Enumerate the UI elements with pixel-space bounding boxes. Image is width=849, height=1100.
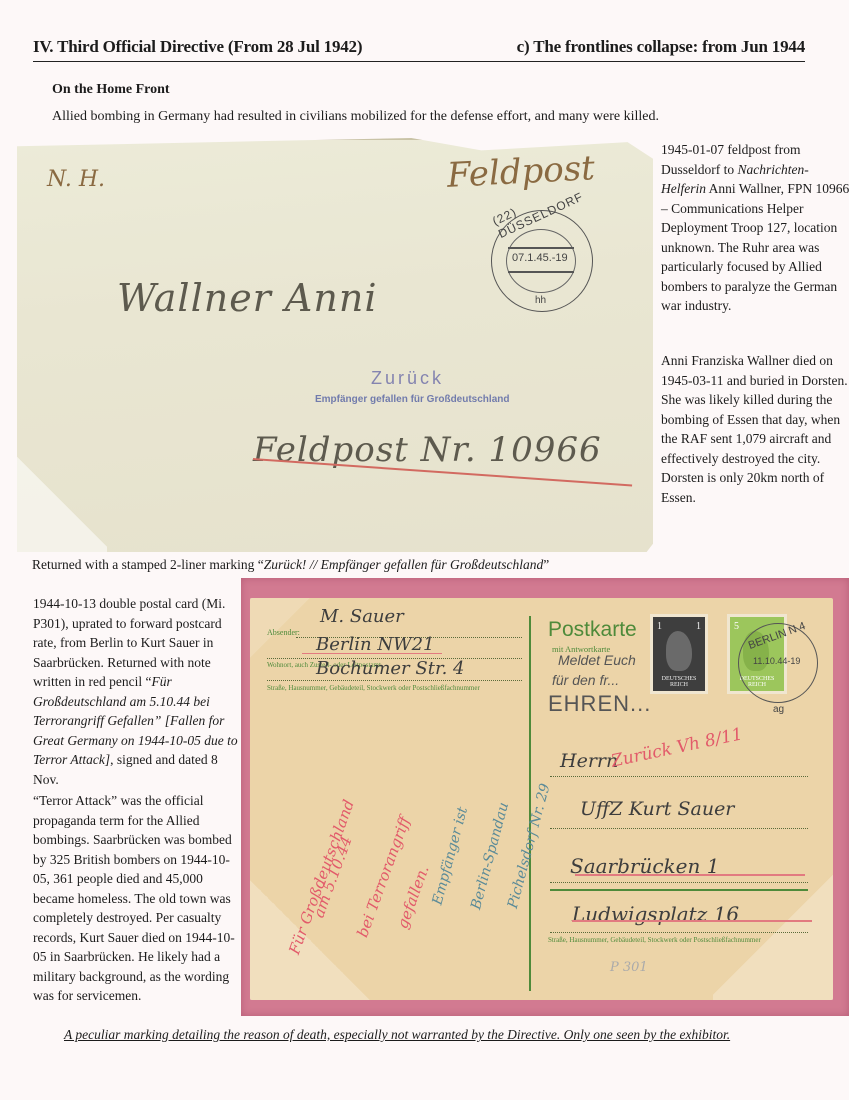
red-pencil-note: Für Großdeutschland am 5.10.44 bei Terro… [270, 718, 510, 978]
dotted-line [550, 882, 808, 883]
postcard-description-2: “Terror Attack” was the official propaga… [33, 791, 238, 1006]
return-stamp-line1: Zurück [371, 368, 444, 389]
red-return-note: Zurück Vh 8/11 [609, 724, 744, 771]
dotted-line [267, 680, 522, 681]
slogan-line: EHREN... [548, 691, 651, 717]
street-label: Straße, Hausnummer, Gebäudeteil, Stockwe… [267, 684, 480, 692]
postmark-code: hh [535, 295, 546, 306]
desc-text: 1944-10-13 double postal card (Mi. P301)… [33, 596, 225, 689]
postkarte-title: Postkarte [548, 618, 637, 642]
dotted-line [550, 932, 808, 933]
postmark-bar [508, 271, 574, 273]
red-strike-line [572, 920, 812, 922]
envelope-description-1: 1945-01-07 feldpost from Dusseldorf to N… [661, 140, 849, 316]
chapter-title: IV. Third Official Directive (From 28 Ju… [33, 37, 362, 57]
sender-name: M. Sauer [320, 606, 404, 627]
caption-text: Returned with a stamped 2-liner marking … [32, 557, 264, 572]
envelope-description-2: Anni Franziska Wallner died on 1945-03-1… [661, 351, 849, 507]
stamp-country: DEUTSCHES REICH [653, 676, 705, 688]
postcard-caption: A peculiar marking detailing the reason … [64, 1027, 730, 1043]
addressee-street: Ludwigsplatz 16 [572, 902, 739, 926]
mount-corner [17, 452, 107, 552]
dusseldorf-postmark: (22) DÜSSELDORF 07.1.45.-19 hh [491, 210, 593, 312]
berlin-postmark: BERLIN N 4 11.10.44-19 ag [738, 623, 818, 703]
addressee-name: Wallner Anni [117, 276, 377, 320]
red-strike-line [575, 874, 805, 876]
subsection-title: c) The frontlines collapse: from Jun 194… [517, 37, 805, 57]
caption-italic: Zurück! // Empfänger gefallen für Großde… [264, 557, 544, 572]
street-label: Straße, Hausnummer, Gebäudeteil, Stockwe… [548, 936, 761, 944]
dotted-line [550, 828, 808, 829]
slogan-line: für den fr... [552, 672, 619, 688]
card-divider [529, 616, 531, 991]
addressee-name: UffZ Kurt Sauer [580, 798, 734, 820]
stamp-value: 5 [734, 621, 739, 632]
green-rule [550, 889, 808, 891]
sender-city: Berlin NW21 [316, 634, 434, 655]
sender-label: Absender: [267, 628, 300, 637]
feldpost-envelope: Feldpost N. H. Wallner Anni (22) DÜSSELD… [17, 138, 653, 552]
catalog-note: P 301 [610, 960, 648, 975]
feldpost-number: Feldpost Nr. 10966 [253, 430, 602, 470]
sender-street: Bochumer Str. 4 [316, 658, 464, 679]
postmark-code: ag [773, 704, 784, 715]
stamp-value: 1 [657, 621, 662, 632]
desc-text: Anni Wallner, FPN 10966 – Communications… [661, 181, 849, 313]
red-underline [302, 653, 442, 654]
dotted-line [550, 776, 808, 777]
postmark-date: 11.10.44-19 [753, 656, 800, 666]
postmark-date: 07.1.45.-19 [512, 252, 568, 264]
envelope-caption: Returned with a stamped 2-liner marking … [32, 557, 549, 573]
portrait-icon [666, 631, 692, 671]
stamp-1-pfennig: 1 1 DEUTSCHES REICH [650, 614, 708, 694]
caption-text: ” [543, 557, 549, 572]
stamp-value: 1 [696, 621, 701, 632]
sender-initials: N. H. [47, 167, 105, 192]
return-stamp-line2: Empfänger gefallen für Großdeutschland [315, 394, 509, 405]
blue-note-line: Empfänger ist [430, 805, 472, 906]
red-note-line: gefallen. [393, 863, 432, 931]
section-intro: Allied bombing in Germany had resulted i… [52, 109, 659, 125]
postal-card: M. Sauer Absender: Berlin NW21 Wohnort, … [250, 598, 833, 1000]
slogan-line: Meldet Euch [558, 652, 636, 668]
section-title: On the Home Front [52, 82, 170, 98]
postmark-bar [508, 247, 574, 249]
postcard-description-1: 1944-10-13 double postal card (Mi. P301)… [33, 594, 238, 789]
red-note-line: Für Großdeutschland [285, 797, 358, 956]
page-header: IV. Third Official Directive (From 28 Ju… [33, 37, 805, 62]
blue-note-line: Berlin-Spandau [468, 801, 512, 912]
